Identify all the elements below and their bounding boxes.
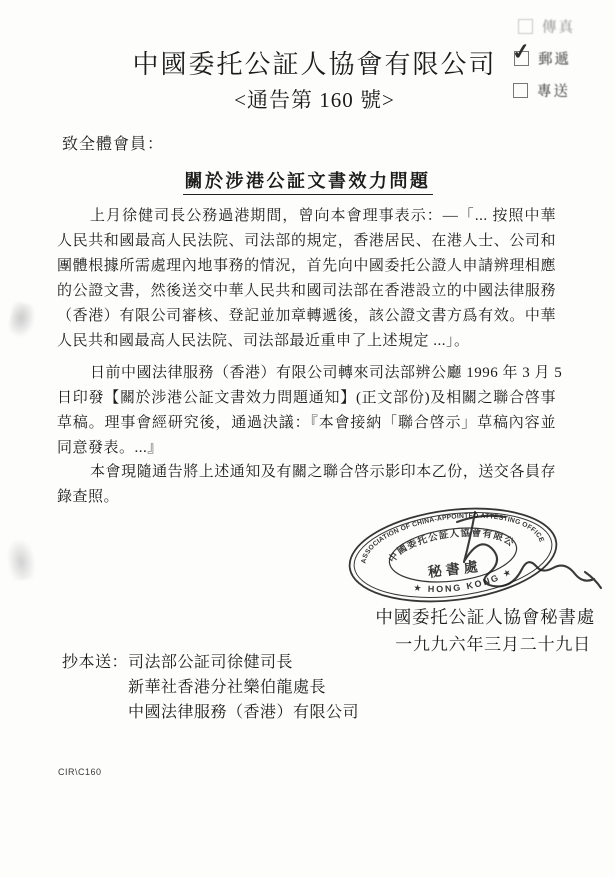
body-line: 人民共和國最高人民法院、司法部的規定，香港居民、在港人士、公司和 [57,229,556,254]
body-line: 日前中國法律服務（香港）有限公司轉來司法部辨公廳 1996 年 3 月 5 [57,361,556,386]
scanned-circular-page: 傳真 ✓ 郵遞 專送 中國委托公証人協會有限公司 <通告第 160 號> 致全體… [0,0,615,877]
fax-checkbox [518,19,533,34]
paragraph-2: 日前中國法律服務（香港）有限公司轉來司法部辨公廳 1996 年 3 月 5 日印… [57,361,556,461]
routing-option-fax: 傳真 [518,16,575,37]
subject-heading-wrap: 關於涉港公証文書效力問題 [0,167,615,195]
body-line: 上月徐健司長公務過港期間，曾向本會理事表示：—「... 按照中華 [57,204,556,229]
handwritten-signature [437,502,609,602]
cc-recipient: 新華社香港分社樂伯龍處長 [128,675,359,700]
body-line: 的公證文書，然後送交中華人民共和國司法部在香港設立的中國法律服務 [57,279,556,304]
closing-date: 一九九六年三月二十九日 [395,630,591,655]
subject-heading: 關於涉港公証文書效力問題 [183,167,433,195]
body-line: 團體根據所需處理內地事務的情況，首先向中國委托公證人申請辨理相應 [57,254,556,279]
cc-recipient: 司法部公証司徐健司長 [128,650,359,675]
paragraph-1: 上月徐健司長公務過港期間，曾向本會理事表示：—「... 按照中華 人民共和國最高… [57,204,556,354]
closing-organization: 中國委托公証人協會秘書處 [375,604,595,629]
body-line: 人民共和國最高人民法院、司法部最近重申了上述規定 ...」。 [57,329,556,354]
cc-label: 抄本送： [62,650,128,675]
cc-recipient: 中國法律服務（香港）有限公司 [128,700,359,725]
salutation: 致全體會員： [62,131,164,154]
scan-dot-artifact [227,175,230,178]
cc-recipient-list: 司法部公証司徐健司長 新華社香港分社樂伯龍處長 中國法律服務（香港）有限公司 [128,650,359,725]
document-reference-code: CIR\C160 [58,767,102,777]
organization-title: 中國委托公証人協會有限公司 [0,44,615,81]
scan-smudge-artifact [7,301,38,339]
body-line: （香港）有限公司審核、登記並加章轉遞後，該公證文書方爲有效。中華 [57,304,556,329]
body-line: 同意發表。...』 [57,436,556,461]
body-line: 草稿。理事會經研究後，通過決議：『本會接納「聯合啓示」草稿內容並 [57,411,556,436]
body-line: 本會現隨通告將上述通知及有關之聯合啓示影印本乙份，送交各員存 [57,460,556,485]
cc-block: 抄本送： 司法部公証司徐健司長 新華社香港分社樂伯龍處長 中國法律服務（香港）有… [62,650,359,725]
scan-smudge-artifact [5,538,36,581]
circular-number: <通告第 160 號> [0,84,615,114]
body-line: 日印發【關於涉港公証文書效力問題通知】(正文部份)及相關之聯合啓事 [57,386,556,411]
fax-label: 傳真 [542,16,575,37]
